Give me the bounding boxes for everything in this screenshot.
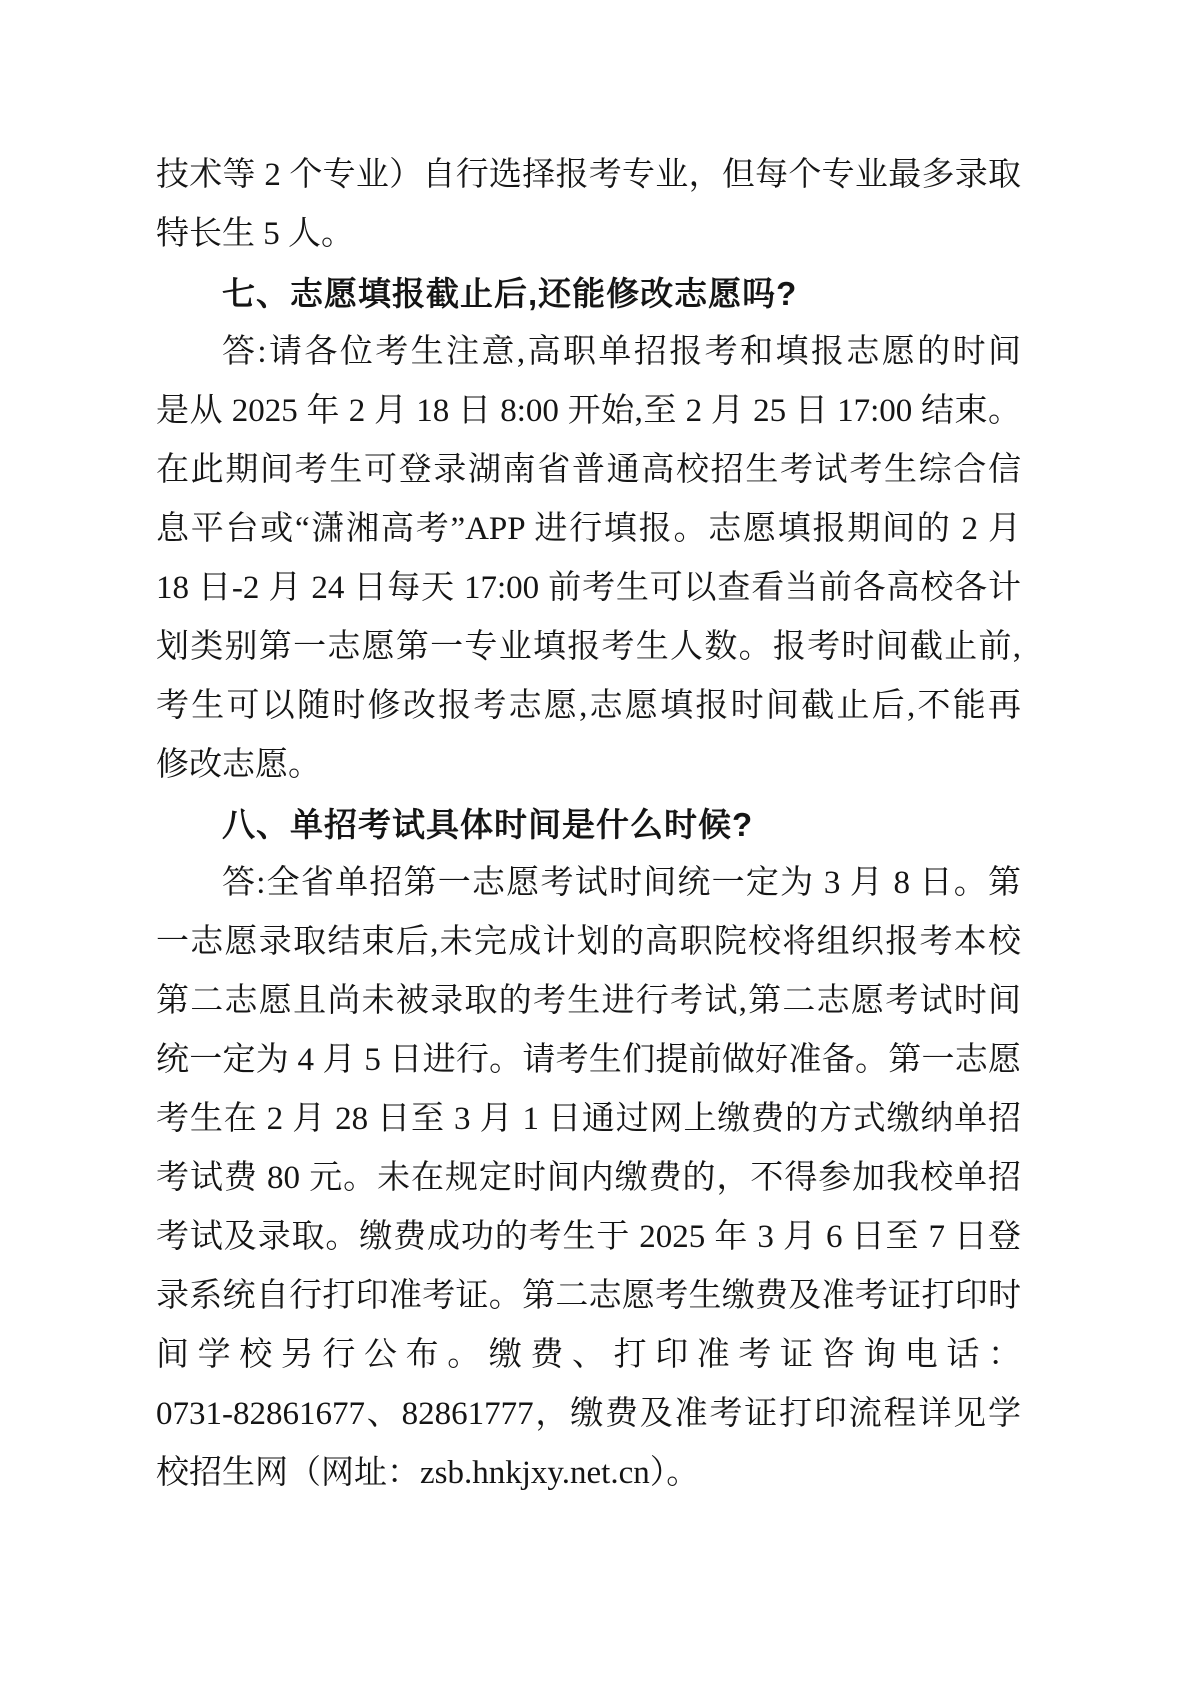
text-line: 考生在 2 月 28 日至 3 月 1 日通过网上缴费的方式缴纳单招 — [156, 1090, 1021, 1149]
section-7: 七、志愿填报截止后,还能修改志愿吗? 答:请各位考生注意,高职单招报考和填报志愿… — [156, 264, 1021, 795]
text-line: 录系统自行打印准考证。第二志愿考生缴费及准考证打印时 — [156, 1267, 1021, 1326]
text-line: 第二志愿且尚未被录取的考生进行考试,第二志愿考试时间 — [156, 972, 1021, 1031]
text-line: 考试费 80 元。未在规定时间内缴费的，不得参加我校单招 — [156, 1149, 1021, 1208]
text-line: 特长生 5 人。 — [156, 205, 1021, 264]
text-line: 是从 2025 年 2 月 18 日 8:00 开始,至 2 月 25 日 17… — [156, 382, 1021, 441]
text-line: 答:全省单招第一志愿考试时间统一定为 3 月 8 日。第 — [156, 854, 1021, 913]
text-line: 在此期间考生可登录湖南省普通高校招生考试考生综合信 — [156, 441, 1021, 500]
text-line: 间学校另行公布。缴费、打印准考证咨询电话： — [156, 1326, 1021, 1385]
text-line: 校招生网（网址：zsb.hnkjxy.net.cn）。 — [156, 1444, 1021, 1503]
text-line: 技术等 2 个专业）自行选择报考专业，但每个专业最多录取 — [156, 146, 1021, 205]
text-line: 答:请各位考生注意,高职单招报考和填报志愿的时间 — [156, 323, 1021, 382]
text-line: 0731-82861677、82861777，缴费及准考证打印流程详见学 — [156, 1385, 1021, 1444]
text-line: 18 日-2 月 24 日每天 17:00 前考生可以查看当前各高校各计 — [156, 559, 1021, 618]
text-line: 修改志愿。 — [156, 736, 1021, 795]
paragraph-continuation: 技术等 2 个专业）自行选择报考专业，但每个专业最多录取 特长生 5 人。 — [156, 146, 1021, 264]
text-line: 息平台或“潇湘高考”APP 进行填报。志愿填报期间的 2 月 — [156, 500, 1021, 559]
section-8-heading: 八、单招考试具体时间是什么时候? — [156, 795, 1021, 854]
text-line: 一志愿录取结束后,未完成计划的高职院校将组织报考本校 — [156, 913, 1021, 972]
text-line: 考试及录取。缴费成功的考生于 2025 年 3 月 6 日至 7 日登 — [156, 1208, 1021, 1267]
text-line: 统一定为 4 月 5 日进行。请考生们提前做好准备。第一志愿 — [156, 1031, 1021, 1090]
section-8: 八、单招考试具体时间是什么时候? 答:全省单招第一志愿考试时间统一定为 3 月 … — [156, 795, 1021, 1503]
section-7-heading: 七、志愿填报截止后,还能修改志愿吗? — [156, 264, 1021, 323]
text-line: 考生可以随时修改报考志愿,志愿填报时间截止后,不能再 — [156, 677, 1021, 736]
document-page: 技术等 2 个专业）自行选择报考专业，但每个专业最多录取 特长生 5 人。 七、… — [0, 0, 1191, 1684]
text-line: 划类别第一志愿第一专业填报考生人数。报考时间截止前, — [156, 618, 1021, 677]
